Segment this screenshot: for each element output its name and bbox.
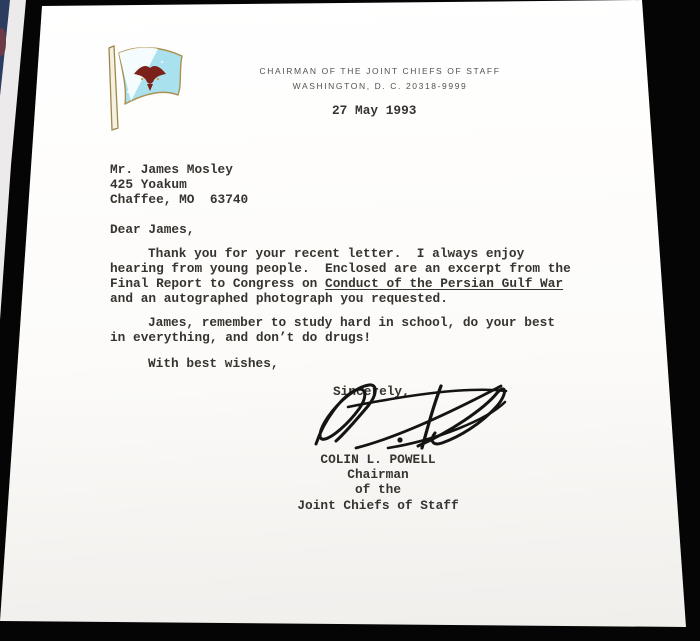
underlined-report-title: Conduct of the Persian Gulf War [325,276,563,291]
letterhead-title: CHAIRMAN OF THE JOINT CHIEFS OF STAFF [259,66,500,76]
signer-title-2: of the [278,482,478,497]
powell-signature-scrawl [298,374,516,456]
body-line: and an autographed photograph you reques… [110,291,448,306]
body-line: in everything, and don’t do drugs! [110,330,371,345]
signer-title-3: Joint Chiefs of Staff [278,498,478,513]
letter-paper: CHAIRMAN OF THE JOINT CHIEFS OF STAFF WA… [0,0,700,641]
body-line: Final Report to Congress on Conduct of t… [110,276,563,291]
signer-title-1: Chairman [278,467,478,482]
photo-background: CHAIRMAN OF THE JOINT CHIEFS OF STAFF WA… [0,0,700,641]
recipient-name: Mr. James Mosley [110,162,233,177]
signer-name: COLIN L. POWELL [278,452,478,467]
body-line: hearing from young people. Enclosed are … [110,261,571,276]
recipient-street: 425 Yoakum [110,177,187,192]
chairman-jcs-flag-icon [98,42,186,137]
body-line: Thank you for your recent letter. I alwa… [110,246,524,261]
signature-block: COLIN L. POWELL Chairman of the Joint Ch… [278,452,478,513]
closing-wishes: With best wishes, [148,356,279,371]
body-line: James, remember to study hard in school,… [110,315,555,330]
recipient-city: Chaffee, MO 63740 [110,192,248,207]
body-line-text: Final Report to Congress on [110,276,325,291]
letter-date: 27 May 1993 [332,103,416,118]
salutation: Dear James, [110,222,194,237]
letterhead-address: WASHINGTON, D. C. 20318-9999 [293,81,468,91]
